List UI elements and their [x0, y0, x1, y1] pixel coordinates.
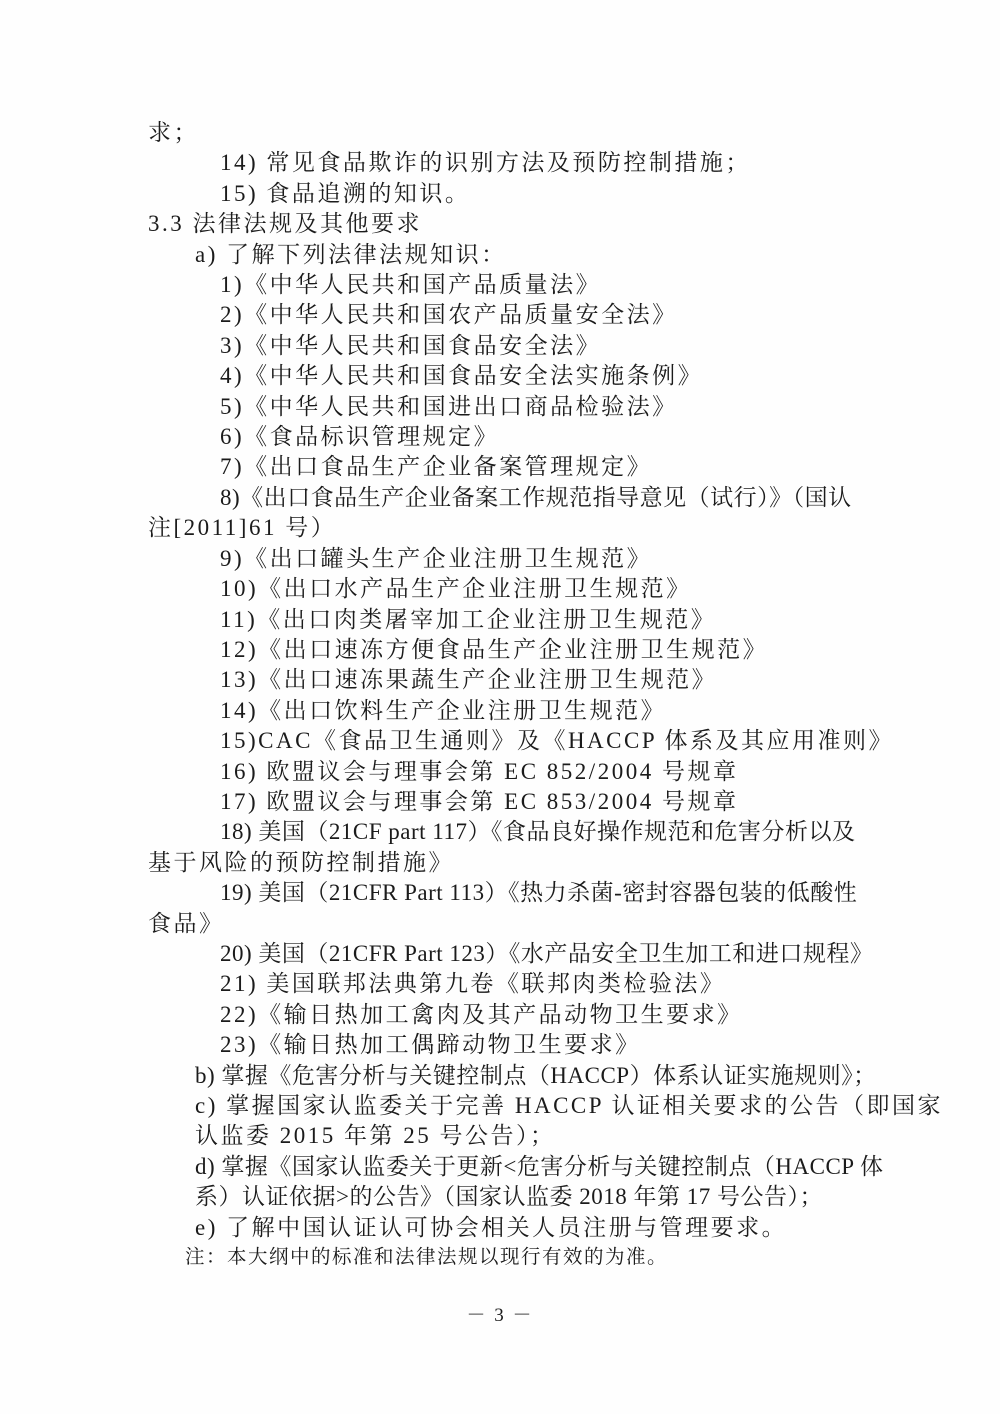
continuation-line: 食品》 — [148, 909, 970, 939]
list-item-number: 22)《输日热加工禽肉及其产品动物卫生要求》 — [148, 1000, 970, 1030]
list-item-number: 5)《中华人民共和国进出口商品检验法》 — [148, 392, 970, 422]
list-item-number: 14) 常见食品欺诈的识别方法及预防控制措施； — [148, 148, 970, 178]
list-item-number: 21) 美国联邦法典第九卷《联邦肉类检验法》 — [148, 969, 970, 999]
continuation-line: 认监委 2015 年第 25 号公告）； — [148, 1121, 970, 1151]
list-item-number: 18) 美国（21CF part 117）《食品良好操作规范和危害分析以及 — [148, 817, 970, 847]
list-item-number: 8)《出口食品生产企业备案工作规范指导意见（试行）》（国认 — [148, 483, 970, 513]
list-item-letter-d: d) 掌握《国家认监委关于更新<危害分析与关键控制点（HACCP 体 — [148, 1152, 970, 1182]
list-item-number: 13)《出口速冻果蔬生产企业注册卫生规范》 — [148, 665, 970, 695]
document-body: 求； 14) 常见食品欺诈的识别方法及预防控制措施； 15) 食品追溯的知识。 … — [0, 0, 1000, 1273]
list-item-number: 4)《中华人民共和国食品安全法实施条例》 — [148, 361, 970, 391]
page-number: － 3 － — [0, 1300, 1000, 1327]
list-item-number: 16) 欧盟议会与理事会第 EC 852/2004 号规章 — [148, 757, 970, 787]
list-item-number: 23)《输日热加工偶蹄动物卫生要求》 — [148, 1030, 970, 1060]
list-item-letter-b: b) 掌握《危害分析与关键控制点（HACCP）体系认证实施规则》； — [148, 1061, 970, 1091]
continuation-line: 注[2011]61 号） — [148, 513, 970, 543]
list-item-number: 15) 食品追溯的知识。 — [148, 179, 970, 209]
list-item-number: 10)《出口水产品生产企业注册卫生规范》 — [148, 574, 970, 604]
list-item-number: 9)《出口罐头生产企业注册卫生规范》 — [148, 544, 970, 574]
list-item-number: 12)《出口速冻方便食品生产企业注册卫生规范》 — [148, 635, 970, 665]
list-item-letter-e: e) 了解中国认证认可协会相关人员注册与管理要求。 — [148, 1213, 970, 1243]
list-item-number: 11)《出口肉类屠宰加工企业注册卫生规范》 — [148, 605, 970, 635]
section-heading-3-3: 3.3 法律法规及其他要求 — [148, 209, 970, 239]
list-item-number: 17) 欧盟议会与理事会第 EC 853/2004 号规章 — [148, 787, 970, 817]
continuation-line: 基于风险的预防控制措施》 — [148, 848, 970, 878]
document-page: 求； 14) 常见食品欺诈的识别方法及预防控制措施； 15) 食品追溯的知识。 … — [0, 0, 1000, 1414]
list-item-number: 3)《中华人民共和国食品安全法》 — [148, 331, 970, 361]
list-item-number: 20) 美国（21CFR Part 123）《水产品安全卫生加工和进口规程》 — [148, 939, 970, 969]
list-item-number: 1)《中华人民共和国产品质量法》 — [148, 270, 970, 300]
list-item-number: 2)《中华人民共和国农产品质量安全法》 — [148, 300, 970, 330]
list-item-number: 14)《出口饮料生产企业注册卫生规范》 — [148, 696, 970, 726]
note-line: 注：本大纲中的标准和法律法规以现行有效的为准。 — [148, 1243, 970, 1273]
continuation-line: 求； — [148, 118, 970, 148]
list-item-number: 7)《出口食品生产企业备案管理规定》 — [148, 452, 970, 482]
continuation-line: 系）认证依据>的公告》（国家认监委 2018 年第 17 号公告）； — [148, 1182, 970, 1212]
list-item-number: 19) 美国（21CFR Part 113）《热力杀菌-密封容器包装的低酸性 — [148, 878, 970, 908]
list-item-letter-a: a) 了解下列法律法规知识： — [148, 240, 970, 270]
list-item-letter-c: c) 掌握国家认监委关于完善 HACCP 认证相关要求的公告（即国家 — [148, 1091, 970, 1121]
list-item-number: 6)《食品标识管理规定》 — [148, 422, 970, 452]
list-item-number: 15)CAC《食品卫生通则》及《HACCP 体系及其应用准则》 — [148, 726, 970, 756]
